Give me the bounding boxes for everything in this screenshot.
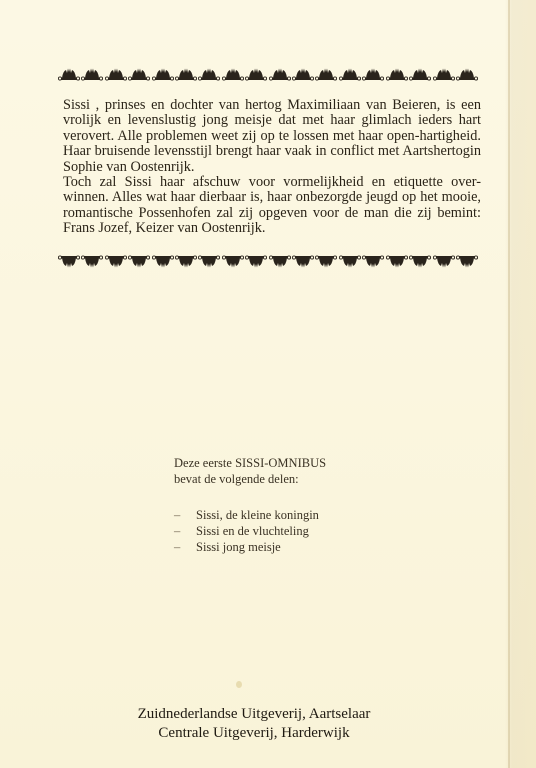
contents-list: – Sissi, de kleine koningin – Sissi en d…: [174, 507, 326, 555]
cover-fold-line: [508, 0, 510, 768]
palmette-icon: [386, 255, 408, 269]
contents-item: – Sissi, de kleine koningin: [174, 507, 326, 523]
dash-bullet-icon: –: [174, 523, 196, 539]
palmette-icon: [409, 255, 431, 269]
palmette-icon: [362, 67, 384, 81]
palmette-border-top-icon: [58, 66, 478, 82]
palmette-icon: [386, 67, 408, 81]
dash-bullet-icon: –: [174, 539, 196, 555]
contents-item-title: Sissi, de kleine koningin: [196, 507, 319, 523]
palmette-icon: [362, 255, 384, 269]
blurb-paragraph-2: Toch zal Sissi haar afschuw voor vormeli…: [63, 175, 481, 237]
palmette-icon: [433, 67, 455, 81]
palmette-icon: [315, 67, 337, 81]
palmette-icon: [245, 255, 267, 269]
contents-item: – Sissi en de vluchteling: [174, 523, 326, 539]
contents-item-title: Sissi en de vluchteling: [196, 523, 309, 539]
omnibus-contents: Deze eerste SISSI-OMNIBUS bevat de volge…: [174, 455, 326, 555]
palmette-icon: [175, 255, 197, 269]
palmette-icon: [433, 255, 455, 269]
palmette-icon: [269, 255, 291, 269]
palmette-icon: [58, 67, 80, 81]
palmette-icon: [269, 67, 291, 81]
palmette-icon: [315, 255, 337, 269]
palmette-icon: [292, 67, 314, 81]
palmette-border-bottom-icon: [58, 254, 478, 270]
contents-item-title: Sissi jong meisje: [196, 539, 281, 555]
palmette-icon: [81, 67, 103, 81]
paper-stain: [236, 681, 242, 688]
palmette-icon: [456, 67, 478, 81]
palmette-icon: [222, 255, 244, 269]
palmette-icon: [105, 255, 127, 269]
palmette-icon: [292, 255, 314, 269]
palmette-icon: [198, 255, 220, 269]
contents-intro-line-2: bevat de volgende delen:: [174, 471, 326, 487]
publisher-1: Zuidnederlandse Uitgeverij, Aartselaar: [0, 705, 508, 724]
palmette-icon: [175, 67, 197, 81]
palmette-icon: [58, 255, 80, 269]
blurb-text: Sissi , prinses en dochter van hertog Ma…: [63, 98, 481, 237]
contents-intro-line-1: Deze eerste SISSI-OMNIBUS: [174, 455, 326, 471]
palmette-icon: [198, 67, 220, 81]
palmette-icon: [128, 255, 150, 269]
palmette-icon: [409, 67, 431, 81]
contents-item: – Sissi jong meisje: [174, 539, 326, 555]
publisher-2: Centrale Uitgeverij, Harderwijk: [0, 724, 508, 743]
palmette-icon: [105, 67, 127, 81]
palmette-icon: [339, 67, 361, 81]
palmette-icon: [128, 67, 150, 81]
publishers: Zuidnederlandse Uitgeverij, Aartselaar C…: [0, 705, 508, 743]
contents-intro: Deze eerste SISSI-OMNIBUS bevat de volge…: [174, 455, 326, 487]
palmette-icon: [339, 255, 361, 269]
palmette-icon: [456, 255, 478, 269]
palmette-icon: [245, 67, 267, 81]
palmette-icon: [152, 255, 174, 269]
palmette-icon: [81, 255, 103, 269]
blurb-paragraph-1: Sissi , prinses en dochter van hertog Ma…: [63, 98, 481, 175]
dash-bullet-icon: –: [174, 507, 196, 523]
palmette-icon: [222, 67, 244, 81]
palmette-icon: [152, 67, 174, 81]
